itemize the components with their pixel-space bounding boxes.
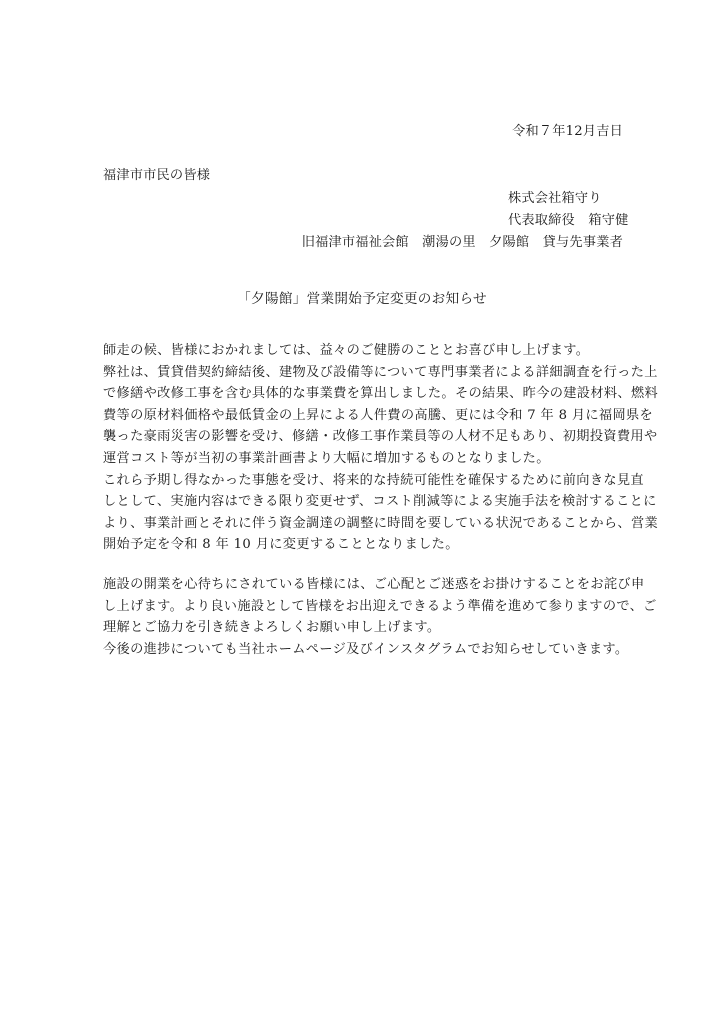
recipient: 福津市市民の皆様 (103, 166, 210, 186)
sender-representative: 代表取締役 箱守健 (508, 211, 629, 231)
body-line: しとして、実施内容はできる限り変更せず、コスト削減等による実施手法を検討すること… (103, 491, 623, 513)
body-paragraph-2: 施設の開業を心待ちにされている皆様には、ご心配とご迷惑をお掛けすることをお詫び申… (103, 574, 623, 660)
body-line: し上げます。より良い施設として皆様をお出迎えできるよう準備を進めて参りますので、… (103, 596, 623, 618)
body-line: 弊社は、賃貸借契約締結後、建物及び設備等について専門事業者による詳細調査を行った… (103, 362, 623, 384)
document-title: 「夕陽館」営業開始予定変更のお知らせ (0, 289, 724, 309)
body-line: 理解とご協力を引き続きよろしくお願い申し上げます。 (103, 617, 623, 639)
sender-role: 旧福津市福祉会館 潮湯の里 夕陽館 貸与先事業者 (302, 233, 623, 253)
body-line: より、事業計画とそれに伴う資金調達の調整に時間を要している状況であることから、営… (103, 513, 623, 535)
body-line: 師走の候、皆様におかれましては、益々のご健勝のこととお喜び申し上げます。 (103, 340, 623, 362)
body-line: 費等の原材料価格や最低賃金の上昇による人件費の高騰、更には令和 7 年 8 月に… (103, 405, 623, 427)
body-line: 運営コスト等が当初の事業計画書より大幅に増加するものとなりました。 (103, 448, 623, 470)
body-paragraph-1: 師走の候、皆様におかれましては、益々のご健勝のこととお喜び申し上げます。 弊社は… (103, 340, 623, 556)
issue-date: 令和７年12月吉日 (512, 122, 623, 142)
document-page: 令和７年12月吉日 福津市市民の皆様 株式会社箱守り 代表取締役 箱守健 旧福津… (0, 0, 724, 1024)
body-line: これら予期し得なかった事態を受け、将来的な持続可能性を確保するために前向きな見直 (103, 470, 623, 492)
body-line: 開始予定を令和 8 年 10 月に変更することとなりました。 (103, 534, 623, 556)
body-line: 施設の開業を心待ちにされている皆様には、ご心配とご迷惑をお掛けすることをお詫び申 (103, 574, 623, 596)
body-line: で修繕や改修工事を含む具体的な事業費を算出しました。その結果、昨今の建設材料、燃… (103, 383, 623, 405)
body-line: 襲った豪雨災害の影響を受け、修繕・改修工事作業員等の人材不足もあり、初期投資費用… (103, 426, 623, 448)
body-line: 今後の進捗についても当社ホームページ及びインスタグラムでお知らせしていきます。 (103, 639, 623, 661)
sender-company: 株式会社箱守り (508, 189, 602, 209)
